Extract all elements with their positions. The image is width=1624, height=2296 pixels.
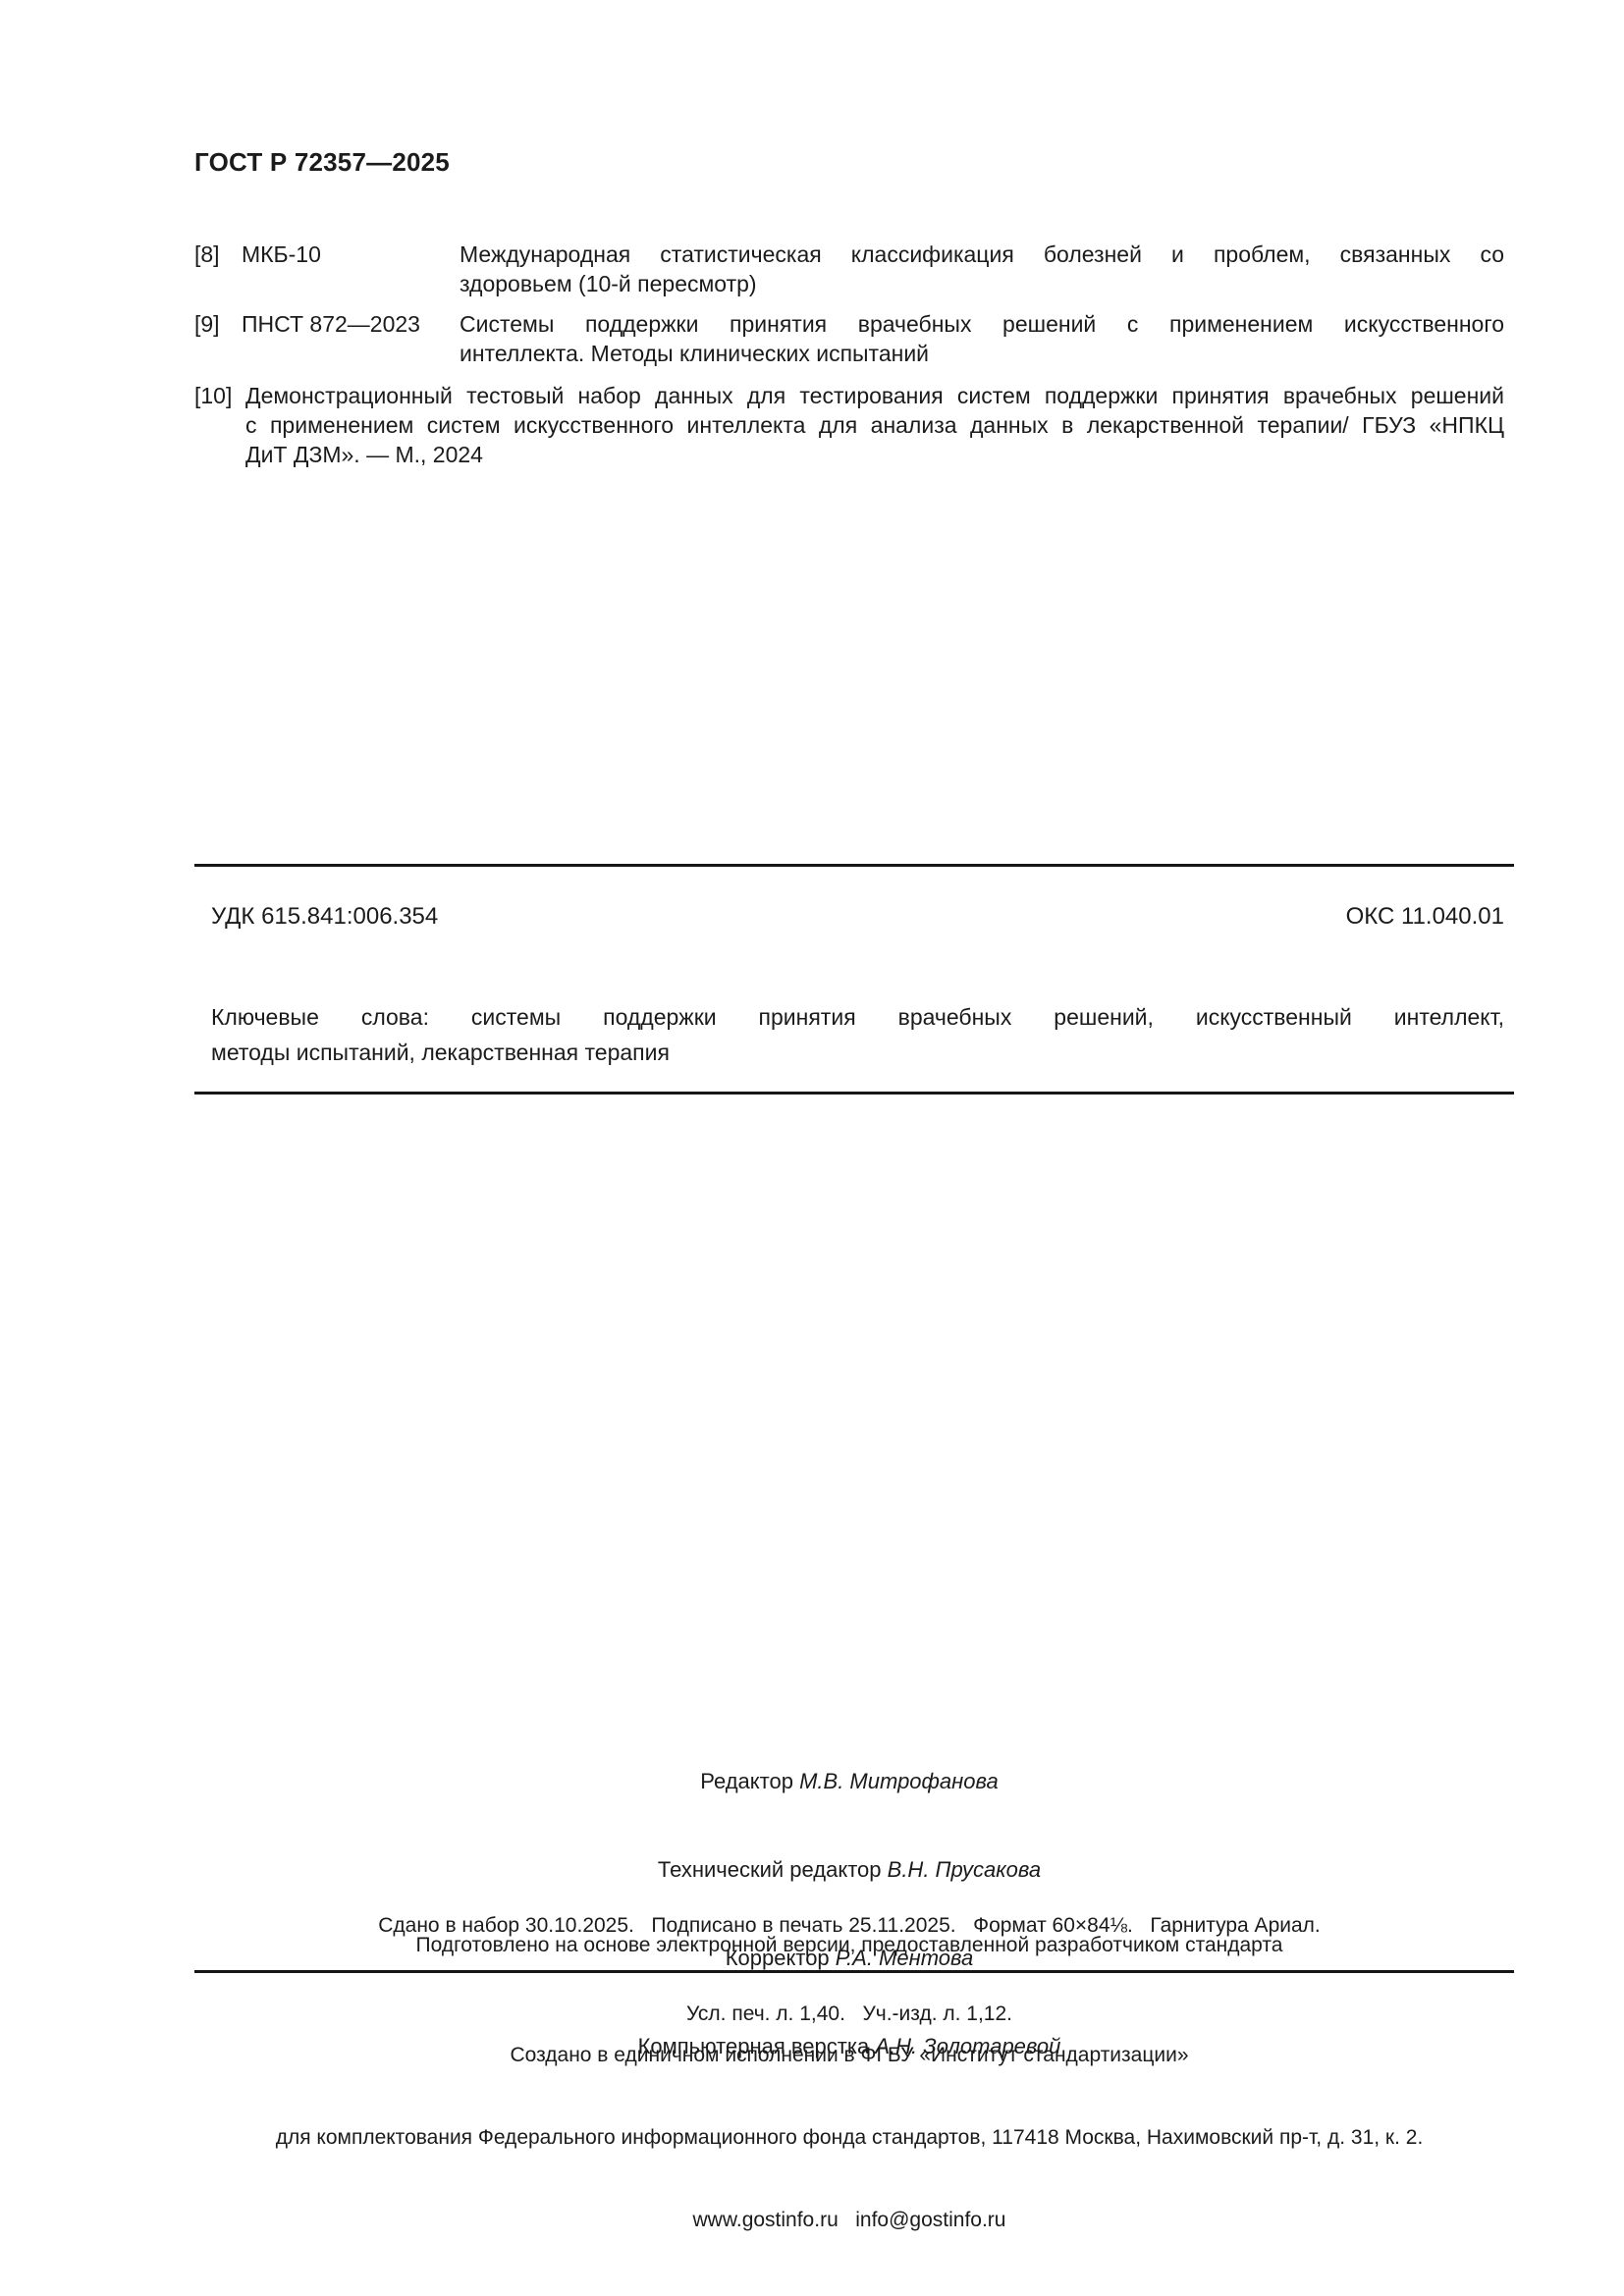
credit-role: Редактор [700, 1769, 799, 1793]
reference-item-9: [9] ПНСТ 872—2023 Системы поддержки прин… [194, 309, 1504, 368]
oks-code: ОКС 11.040.01 [1346, 903, 1504, 931]
reference-description: Международная статистическая классификац… [460, 240, 1504, 298]
document-page: ГОСТ Р 72357—2025 [8] МКБ-10 Международн… [0, 0, 1624, 2296]
reference-item-10: [10] Демонстрационный тестовый набор дан… [194, 381, 1504, 469]
udk-code: УДК 615.841:006.354 [211, 903, 438, 931]
reference-label: [8] [194, 240, 242, 298]
text-line: с применением систем искусственного инте… [245, 410, 1504, 440]
page-title: ГОСТ Р 72357—2025 [194, 147, 450, 178]
horizontal-rule-top [194, 864, 1514, 867]
prepared-note: Подготовлено на основе электронной верси… [194, 1934, 1504, 1957]
text-line: Ключевые слова: системы поддержки принят… [211, 999, 1504, 1035]
classification-row: УДК 615.841:006.354 ОКС 11.040.01 [211, 903, 1504, 931]
publisher-line-institute: Создано в единичном исполнении в ФГБУ «И… [157, 2042, 1542, 2069]
reference-description: Системы поддержки принятия врачебных реш… [460, 309, 1504, 368]
reference-label: [9] [194, 309, 242, 368]
reference-code: МКБ-10 [242, 240, 460, 298]
keywords-paragraph: Ключевые слова: системы поддержки принят… [211, 999, 1504, 1070]
text-line: интеллекта. Методы клинических испытаний [460, 339, 1504, 368]
references-list: [8] МКБ-10 Международная статистическая … [194, 240, 1504, 469]
text-line: методы испытаний, лекарственная терапия [211, 1035, 1504, 1070]
text-line: Демонстрационный тестовый набор данных д… [245, 381, 1504, 410]
publisher-line-contacts: www.gostinfo.ru info@gostinfo.ru [157, 2207, 1542, 2234]
publisher-line-address: для комплектования Федерального информац… [157, 2124, 1542, 2152]
text-line: здоровьем (10-й пересмотр) [460, 269, 1504, 298]
horizontal-rule-middle [194, 1092, 1514, 1095]
reference-item-8: [8] МКБ-10 Международная статистическая … [194, 240, 1504, 298]
text-line: Международная статистическая классификац… [460, 240, 1504, 269]
text-line: Системы поддержки принятия врачебных реш… [460, 309, 1504, 339]
horizontal-rule-bottom [194, 1970, 1514, 1973]
text-line: ДиТ ДЗМ». — М., 2024 [245, 440, 1504, 469]
credit-name: М.В. Митрофанова [799, 1769, 999, 1793]
reference-label: [10] [194, 381, 242, 410]
publisher-block: Создано в единичном исполнении в ФГБУ «И… [157, 1987, 1542, 2289]
reference-code: ПНСТ 872—2023 [242, 309, 460, 368]
credit-line-editor: Редактор М.В. Митрофанова [194, 1767, 1504, 1796]
